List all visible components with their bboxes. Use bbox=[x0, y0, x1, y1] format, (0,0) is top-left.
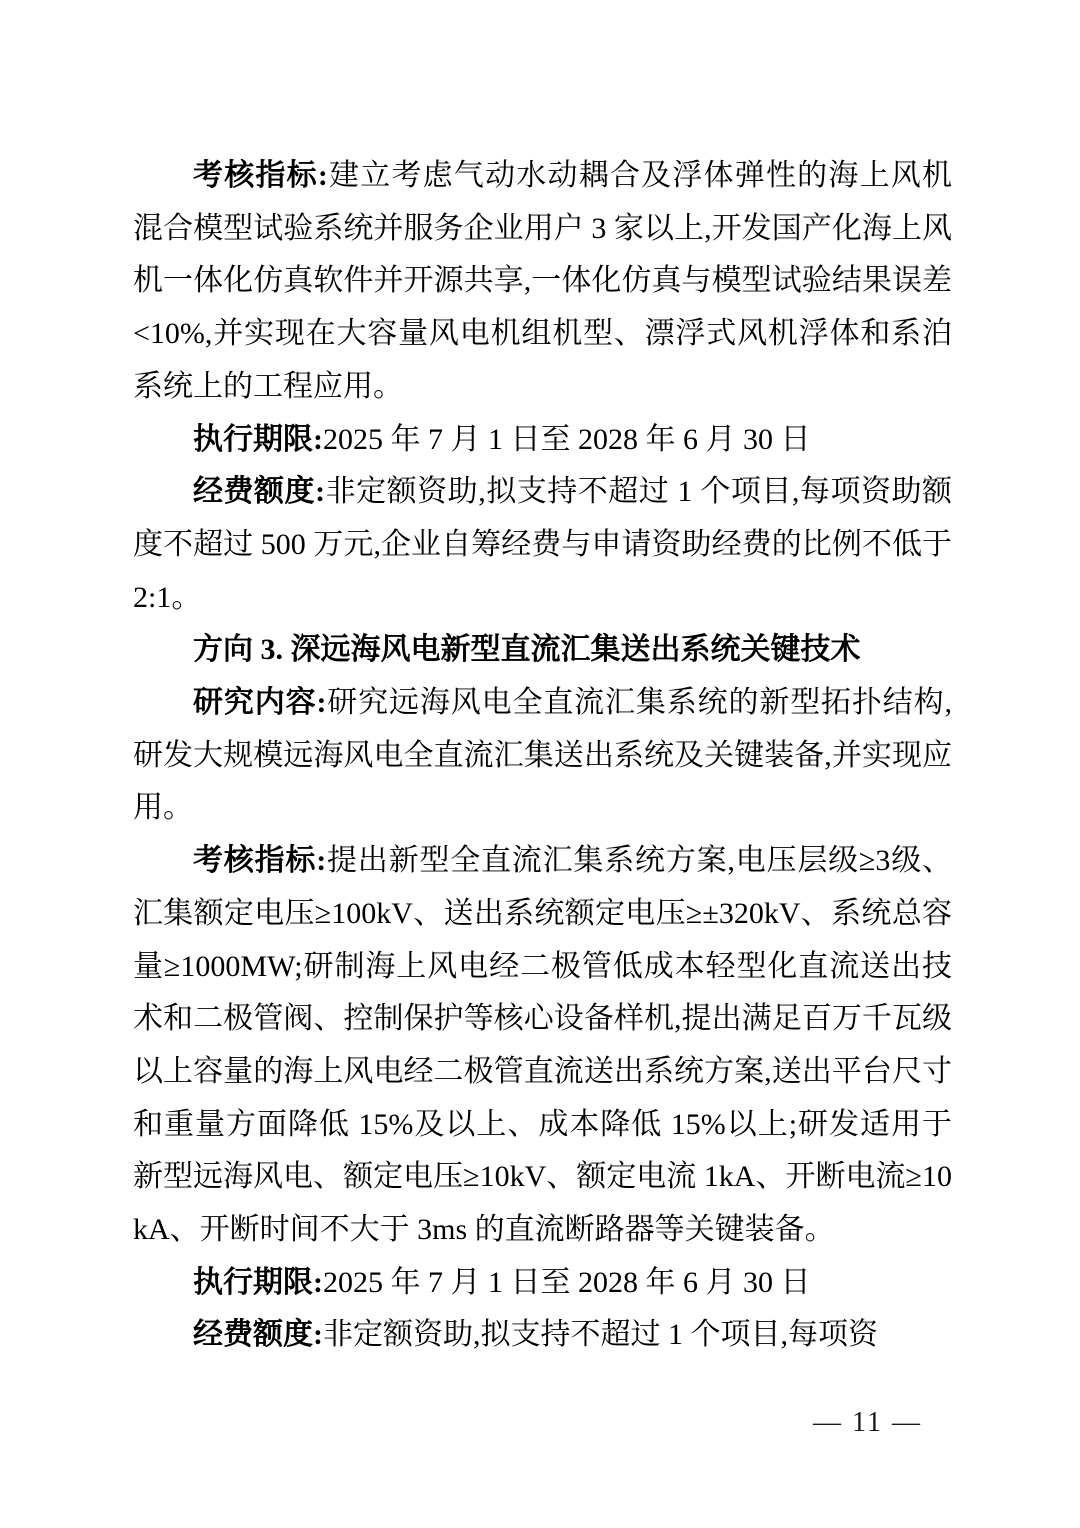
para-funding-amount-2: 经费额度:非定额资助,拟支持不超过 1 个项目,每项资 bbox=[133, 1309, 952, 1362]
para-text-assessment-indicators-1: 建立考虑气动水动耦合及浮体弹性的海上风机混合模型试验系统并服务企业用户 3 家以… bbox=[133, 159, 952, 403]
para-label-funding-amount-2: 经费额度: bbox=[193, 1318, 323, 1351]
para-label-research-content: 研究内容: bbox=[193, 686, 326, 719]
para-text-execution-period-1: 2025 年 7 月 1 日至 2028 年 6 月 30 日 bbox=[323, 423, 811, 456]
para-label-execution-period-1: 执行期限: bbox=[193, 423, 323, 456]
para-text-execution-period-2: 2025 年 7 月 1 日至 2028 年 6 月 30 日 bbox=[323, 1266, 811, 1299]
document-page: 考核指标:建立考虑气动水动耦合及浮体弹性的海上风机混合模型试验系统并服务企业用户… bbox=[0, 0, 1080, 1528]
para-research-content: 研究内容:研究远海风电全直流汇集系统的新型拓扑结构,研发大规模远海风电全直流汇集… bbox=[133, 677, 952, 835]
page-footer: — 11 — bbox=[813, 1403, 922, 1443]
para-label-funding-amount-1: 经费额度: bbox=[193, 475, 325, 508]
para-label-assessment-indicators-2: 考核指标: bbox=[193, 844, 326, 877]
document-body: 考核指标:建立考虑气动水动耦合及浮体弹性的海上风机混合模型试验系统并服务企业用户… bbox=[133, 150, 952, 1362]
para-assessment-indicators-1: 考核指标:建立考虑气动水动耦合及浮体弹性的海上风机混合模型试验系统并服务企业用户… bbox=[133, 150, 952, 414]
para-label-assessment-indicators-1: 考核指标: bbox=[193, 159, 328, 192]
para-funding-amount-1: 经费额度:非定额资助,拟支持不超过 1 个项目,每项资助额度不超过 500 万元… bbox=[133, 466, 952, 624]
para-execution-period-1: 执行期限:2025 年 7 月 1 日至 2028 年 6 月 30 日 bbox=[133, 414, 952, 467]
page-number: — 11 — bbox=[813, 1407, 922, 1438]
para-text-assessment-indicators-2: 提出新型全直流汇集系统方案,电压层级≥3级、汇集额定电压≥100kV、送出系统额… bbox=[133, 844, 952, 1246]
para-execution-period-2: 执行期限:2025 年 7 月 1 日至 2028 年 6 月 30 日 bbox=[133, 1257, 952, 1310]
para-label-execution-period-2: 执行期限: bbox=[193, 1266, 323, 1299]
para-text-funding-amount-2: 非定额资助,拟支持不超过 1 个项目,每项资 bbox=[323, 1318, 878, 1351]
para-assessment-indicators-2: 考核指标:提出新型全直流汇集系统方案,电压层级≥3级、汇集额定电压≥100kV、… bbox=[133, 835, 952, 1257]
heading-direction-3-text: 方向 3. 深远海风电新型直流汇集送出系统关键技术 bbox=[193, 633, 861, 666]
heading-direction-3: 方向 3. 深远海风电新型直流汇集送出系统关键技术 bbox=[133, 624, 952, 677]
